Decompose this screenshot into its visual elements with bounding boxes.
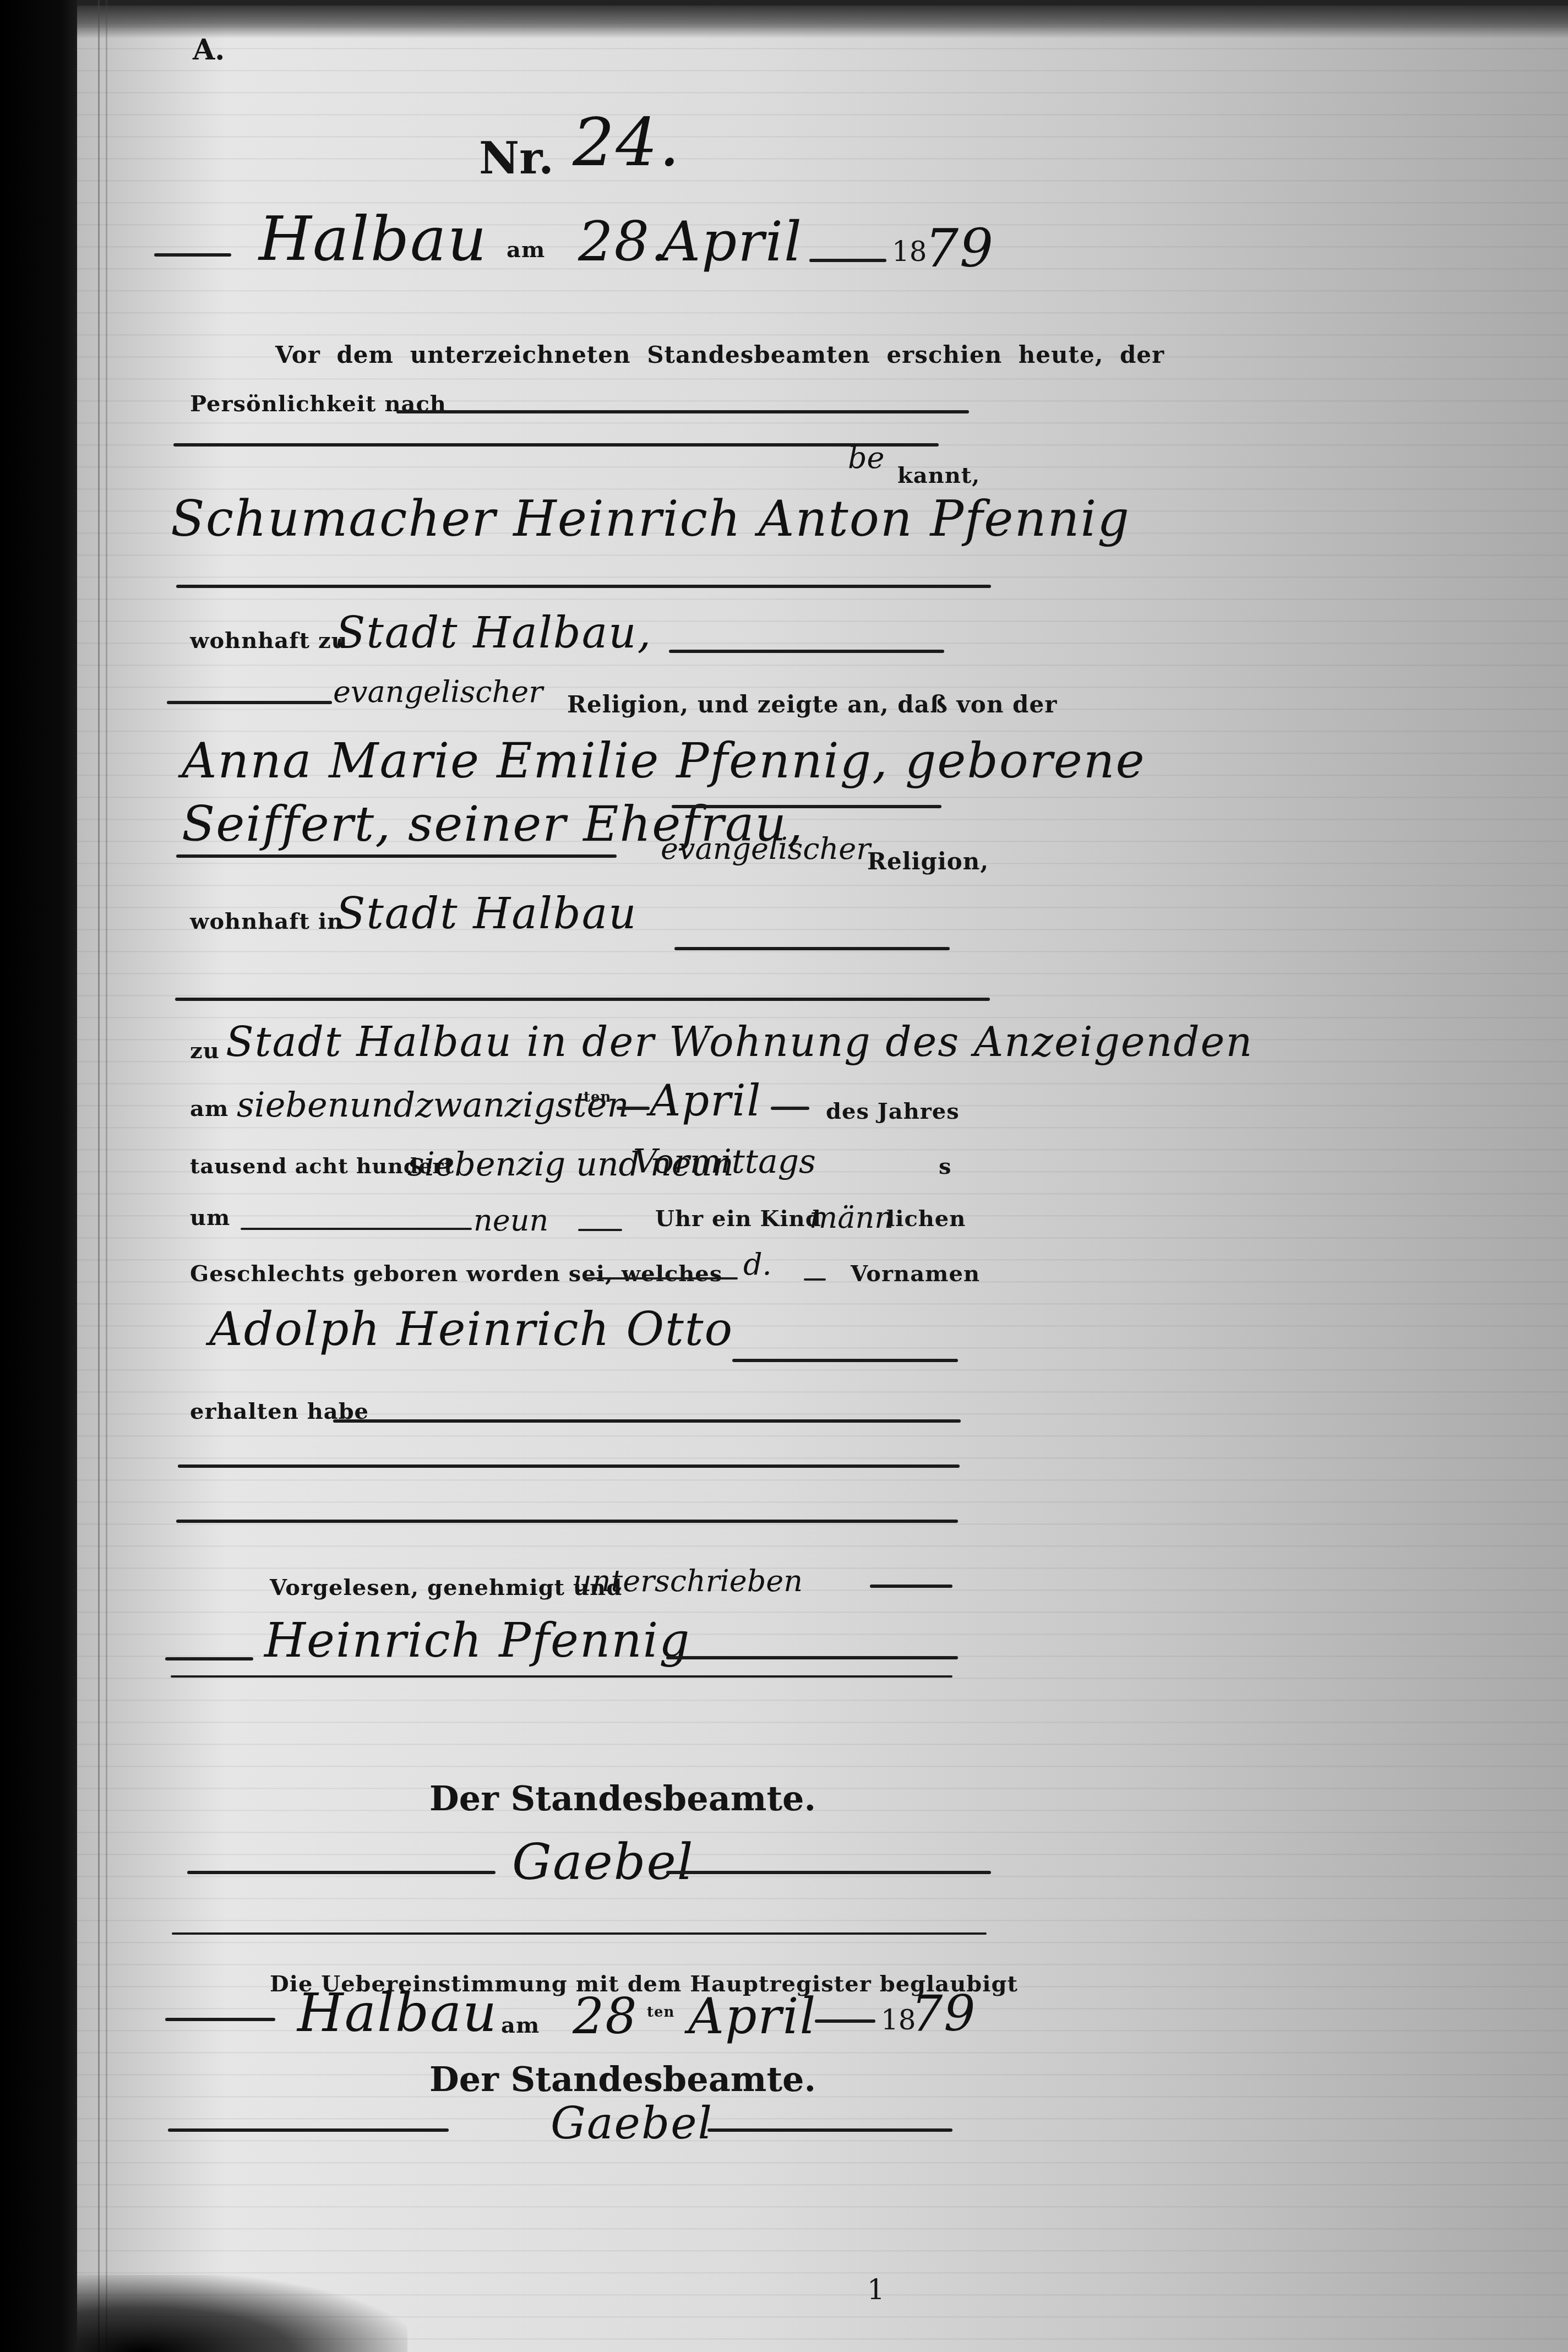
birth-day: siebenundzwanzigsten — [237, 1085, 629, 1125]
blank-line — [674, 947, 950, 950]
certification-day-suffix: ten — [647, 2004, 674, 2021]
informant-name: Schumacher Heinrich Anton Pfennig — [171, 490, 1130, 548]
certification-month: April — [688, 1988, 816, 2045]
header-am: am — [507, 237, 545, 263]
margin-crease — [106, 0, 107, 2352]
gender-text: Geschlechts geboren worden sei, welches — [190, 1261, 722, 1287]
blank-line — [672, 805, 941, 808]
time-of-day: Vormittags — [633, 1142, 816, 1181]
informant-residence: Stadt Halbau, — [336, 608, 652, 658]
rule — [154, 253, 231, 257]
blank-line — [176, 854, 617, 858]
blank-line — [669, 650, 944, 653]
known-suffix: kannt, — [897, 462, 980, 488]
mother-residence-label: wohnhaft in — [190, 908, 344, 934]
form-letter: A. — [193, 33, 225, 67]
birth-month: April — [650, 1076, 761, 1126]
header-place: Halbau — [259, 204, 488, 274]
birth-day-label: am — [190, 1096, 228, 1121]
mother-residence: Stadt Halbau — [336, 889, 638, 939]
header-year-suffix: 79 — [925, 217, 994, 279]
rule — [617, 1107, 650, 1110]
read-label: Vorgelesen, genehmigt und — [270, 1575, 622, 1600]
given-names: Adolph Heinrich Otto — [209, 1302, 733, 1356]
informant-religion: evangelischer — [333, 674, 543, 709]
blank-line — [732, 1359, 958, 1362]
certification-officer-signature: Gaebel — [551, 2098, 713, 2149]
residence-label: wohnhaft zu — [190, 628, 348, 654]
rule — [172, 1932, 987, 1935]
mother-religion-label: Religion, — [867, 848, 989, 875]
rule — [815, 2019, 875, 2023]
rule — [666, 1656, 958, 1659]
child-sex: männ — [809, 1200, 894, 1235]
blank-line — [396, 410, 969, 413]
mother-name-line-1: Anna Marie Emilie Pfennig, geborene — [182, 732, 1146, 789]
certification-day: 28 — [573, 1988, 638, 2045]
rule — [171, 1675, 952, 1678]
rule — [176, 585, 991, 588]
certification-am: am — [501, 2012, 540, 2038]
informant-signature: Heinrich Pfennig — [264, 1613, 690, 1668]
officer-signature: Gaebel — [512, 1833, 694, 1891]
rule — [666, 1871, 991, 1874]
rule — [771, 1107, 809, 1110]
header-month: April — [661, 209, 803, 274]
hour-label: um — [190, 1205, 230, 1231]
certification-place: Halbau — [297, 1982, 498, 2044]
birth-place-label: zu — [190, 1038, 220, 1064]
blank-line — [176, 1520, 958, 1523]
blank-line — [584, 1277, 738, 1280]
birth-day-suffix: ten — [584, 1089, 611, 1106]
rule — [165, 2018, 275, 2021]
header-year-prefix: 18 — [892, 236, 927, 268]
birth-hour: neun — [473, 1203, 548, 1238]
blank-line — [333, 1419, 961, 1423]
rule — [165, 1657, 253, 1660]
rule — [870, 1585, 952, 1588]
rule — [175, 998, 990, 1001]
read-value: unterschrieben — [573, 1564, 803, 1598]
blank-line — [173, 443, 939, 447]
mother-religion: evangelischer — [661, 831, 870, 866]
religion-text: Religion, und zeigte an, daß von der — [567, 691, 1057, 718]
intro-line-1: Vor dem unterzeichneten Standesbeamten e… — [275, 341, 1164, 368]
sex-suffix: lichen — [886, 1206, 966, 1232]
rule — [187, 1871, 496, 1874]
header-day: 28. — [578, 209, 669, 274]
year-label: des Jahres — [826, 1098, 960, 1124]
given-names-label: Vornamen — [851, 1261, 980, 1287]
given-names-marker: d. — [743, 1247, 772, 1282]
rule — [707, 2128, 952, 2132]
entry-number-value: 24. — [573, 105, 681, 181]
page-top-edge — [77, 0, 1568, 39]
time-suffix: s — [939, 1153, 952, 1179]
entry-number-label: Nr. — [479, 132, 554, 184]
rule — [168, 2128, 449, 2132]
blank-line — [241, 1228, 472, 1230]
certification-officer-title: Der Standesbeamte. — [429, 2059, 816, 2099]
officer-title: Der Standesbeamte. — [429, 1778, 816, 1819]
blank-line — [167, 701, 332, 704]
page-number: 1 — [867, 2274, 885, 2306]
birth-place: Stadt Halbau in der Wohnung des Anzeigen… — [226, 1019, 1253, 1066]
blank-line — [178, 1464, 960, 1468]
margin-crease — [98, 0, 100, 2352]
thumb-shadow — [77, 2275, 407, 2352]
rule — [804, 1278, 826, 1281]
hour-text: Uhr ein Kind — [655, 1206, 821, 1232]
rule — [809, 259, 886, 262]
certification-year-suffix: 79 — [911, 1985, 977, 2043]
known-annotation: be — [848, 440, 885, 475]
book-binding-shadow — [0, 0, 77, 2352]
rule — [578, 1229, 622, 1231]
